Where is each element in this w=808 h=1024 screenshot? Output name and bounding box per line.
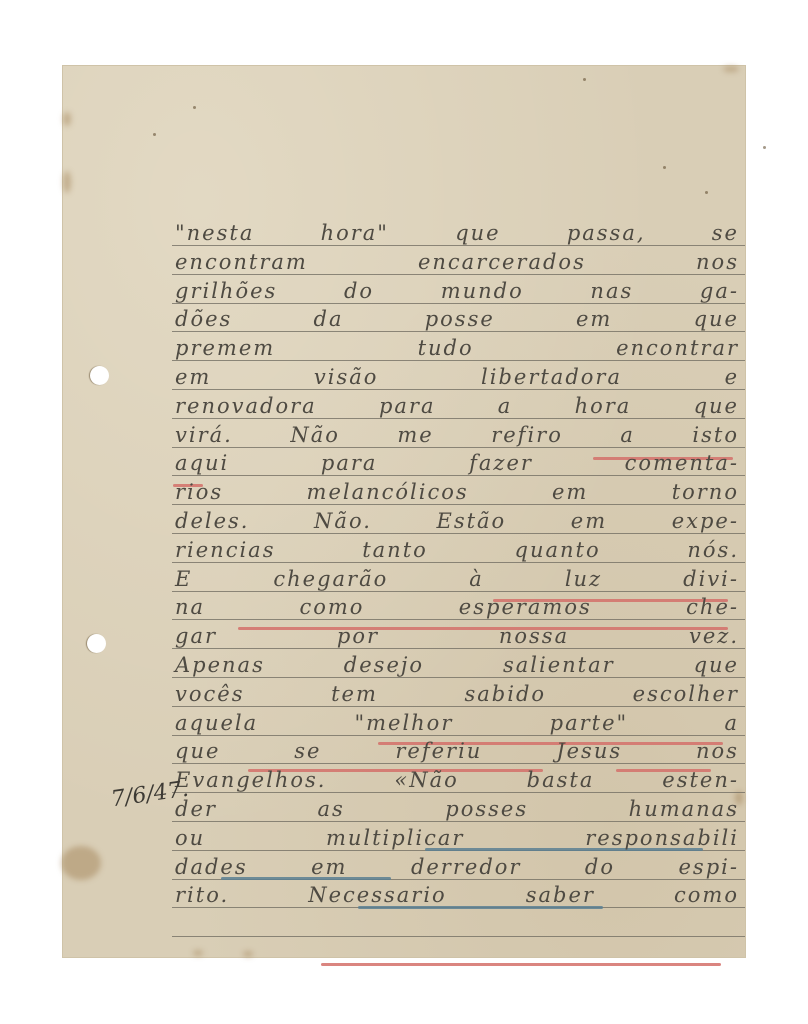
handwritten-line: dõesdaposseemque xyxy=(175,303,739,331)
handwritten-line: quesereferiuJesusnos xyxy=(175,735,739,763)
red-underline xyxy=(321,963,721,966)
handwritten-word: que xyxy=(694,394,739,418)
manuscript-page: "nestahora"quepassa,seencontramencarcera… xyxy=(63,66,745,957)
punch-hole-bottom xyxy=(87,634,106,653)
handwritten-line: vocêstemsabidoescolher xyxy=(175,678,739,706)
handwritten-word: do xyxy=(585,855,615,879)
handwritten-word: vocês xyxy=(175,682,244,706)
handwritten-word: quanto xyxy=(515,538,601,562)
handwritten-word: chegarão xyxy=(273,567,388,591)
handwritten-word: hora xyxy=(575,394,632,418)
handwritten-word: visão xyxy=(314,365,379,389)
handwritten-word: Necessario xyxy=(308,883,446,907)
handwritten-word: libertadora xyxy=(481,365,622,389)
handwritten-word: premem xyxy=(175,336,275,360)
speck xyxy=(705,191,708,194)
handwritten-word: esperamos xyxy=(459,595,592,619)
speck xyxy=(153,133,156,136)
handwritten-word: passa, xyxy=(567,221,646,245)
handwritten-word: na xyxy=(175,595,205,619)
handwritten-word: posses xyxy=(445,797,528,821)
speck xyxy=(193,106,196,109)
handwritten-word: encontrar xyxy=(616,336,739,360)
handwritten-line: deles.Não.Estãoemexpe- xyxy=(175,505,739,533)
handwritten-line: "nestahora"quepassa,se xyxy=(175,217,739,245)
handwritten-word: saber xyxy=(526,883,595,907)
handwritten-word: em xyxy=(571,509,607,533)
handwritten-word: refiro xyxy=(491,423,563,447)
handwritten-word: luz xyxy=(565,567,602,591)
stain xyxy=(61,846,101,880)
handwritten-word: nos xyxy=(696,739,739,763)
punch-hole-top xyxy=(90,366,109,385)
handwritten-line: virá.Nãomerefiroaisto xyxy=(175,419,739,447)
handwritten-line: grilhõesdomundonasga- xyxy=(175,275,739,303)
handwritten-word: referiu xyxy=(395,739,482,763)
stain xyxy=(63,171,71,193)
handwritten-word: desejo xyxy=(344,653,424,677)
handwritten-word: derredor xyxy=(411,855,522,879)
handwritten-word: Não. xyxy=(314,509,372,533)
handwritten-line: aquela"melhorparte"a xyxy=(175,707,739,735)
handwritten-word: me xyxy=(397,423,433,447)
handwritten-line: garpornossavez. xyxy=(175,620,739,648)
ruled-line xyxy=(172,936,745,937)
handwritten-word: multiplicar xyxy=(326,826,465,850)
handwritten-word: expe- xyxy=(672,509,739,533)
handwritten-word: torno xyxy=(672,480,739,504)
handwritten-word: basta xyxy=(527,768,595,792)
handwritten-word: hora" xyxy=(321,221,389,245)
handwritten-word: espi- xyxy=(679,855,739,879)
handwritten-word: aquela xyxy=(175,711,258,735)
handwritten-word: Não xyxy=(290,423,340,447)
handwritten-word: rito. xyxy=(175,883,229,907)
handwritten-word: Evangelhos. xyxy=(175,768,326,792)
speck xyxy=(663,166,666,169)
handwritten-word: nos xyxy=(696,250,739,274)
handwritten-word: escolher xyxy=(633,682,739,706)
handwritten-word: riencias xyxy=(175,538,275,562)
handwritten-word: que xyxy=(455,221,500,245)
handwritten-word: nós. xyxy=(687,538,739,562)
handwritten-line: prememtudoencontrar xyxy=(175,332,739,360)
handwritten-line: renovadoraparaahoraque xyxy=(175,390,739,418)
handwritten-word: da xyxy=(314,307,344,331)
handwritten-word: em xyxy=(576,307,612,331)
stain xyxy=(63,112,71,126)
handwritten-word: virá. xyxy=(175,423,233,447)
handwritten-word: ou xyxy=(175,826,205,850)
handwritten-word: grilhões xyxy=(175,279,277,303)
handwritten-word: renovadora xyxy=(175,394,317,418)
handwritten-word: a xyxy=(620,423,635,447)
handwritten-line: aquiparafazercomenta- xyxy=(175,447,739,475)
handwritten-word: che- xyxy=(686,595,739,619)
handwritten-word: nas xyxy=(590,279,633,303)
handwritten-word: a xyxy=(724,711,739,735)
handwritten-word: como xyxy=(299,595,364,619)
handwritten-word: em xyxy=(552,480,588,504)
handwritten-word: tudo xyxy=(418,336,474,360)
handwritten-line: emvisãolibertadorae xyxy=(175,361,739,389)
handwritten-line: Evangelhos.«Nãobastaesten- xyxy=(175,764,739,792)
stain xyxy=(243,951,253,957)
handwritten-word: em xyxy=(311,855,347,879)
handwritten-word: nossa xyxy=(499,624,569,648)
handwritten-word: humanas xyxy=(629,797,739,821)
handwritten-word: do xyxy=(344,279,374,303)
handwritten-line: Echegarãoàluzdivi- xyxy=(175,563,739,591)
handwritten-word: vez. xyxy=(689,624,739,648)
speck xyxy=(763,146,766,149)
handwritten-word: Jesus xyxy=(556,739,622,763)
handwritten-word: fazer xyxy=(469,451,533,475)
handwritten-word: para xyxy=(379,394,436,418)
handwritten-word: aqui xyxy=(175,451,229,475)
handwritten-word: melancólicos xyxy=(307,480,469,504)
handwritten-line: riosmelancólicosemtorno xyxy=(175,476,739,504)
handwritten-word: Estão xyxy=(436,509,506,533)
handwritten-word: se xyxy=(712,221,739,245)
handwritten-line: nacomoesperamosche- xyxy=(175,591,739,619)
handwritten-word: que xyxy=(694,307,739,331)
handwritten-word: sabido xyxy=(464,682,546,706)
speck xyxy=(583,78,586,81)
handwritten-word: comenta- xyxy=(625,451,739,475)
handwritten-word: esten- xyxy=(662,768,739,792)
handwritten-word: encontram xyxy=(175,250,308,274)
handwritten-word: que xyxy=(175,739,220,763)
handwritten-word: para xyxy=(321,451,378,475)
handwritten-word: parte" xyxy=(550,711,629,735)
handwritten-word: e xyxy=(725,365,739,389)
handwritten-word: salientar xyxy=(503,653,615,677)
handwritten-line: encontramencarceradosnos xyxy=(175,246,739,274)
handwritten-word: à xyxy=(469,567,484,591)
handwritten-word: isto xyxy=(692,423,739,447)
handwritten-word: gar xyxy=(175,624,217,648)
handwritten-word: divi- xyxy=(683,567,739,591)
handwritten-word: "nesta xyxy=(175,221,254,245)
handwritten-word: se xyxy=(294,739,321,763)
handwritten-word: "melhor xyxy=(354,711,453,735)
handwritten-word: rios xyxy=(175,480,223,504)
handwritten-line: Apenasdesejosalientarque xyxy=(175,649,739,677)
handwritten-word: a xyxy=(498,394,513,418)
handwritten-word: como xyxy=(674,883,739,907)
handwritten-line: dadesemderredordoespi- xyxy=(175,851,739,879)
handwritten-word: em xyxy=(175,365,211,389)
handwritten-word: dades xyxy=(175,855,248,879)
handwritten-word: «Não xyxy=(394,768,458,792)
handwritten-line: rienciastantoquantonós. xyxy=(175,534,739,562)
handwritten-word: encarcerados xyxy=(418,250,586,274)
handwritten-word: responsabili xyxy=(585,826,739,850)
handwritten-word: mundo xyxy=(441,279,524,303)
handwritten-word: que xyxy=(694,653,739,677)
stain xyxy=(193,950,203,956)
handwritten-line: oumultiplicarresponsabili xyxy=(175,822,739,850)
handwritten-word: ga- xyxy=(700,279,739,303)
handwritten-word: deles. xyxy=(175,509,249,533)
handwritten-word: tem xyxy=(331,682,378,706)
handwritten-word: Apenas xyxy=(175,653,265,677)
handwritten-word: posse xyxy=(425,307,495,331)
handwritten-word: tanto xyxy=(362,538,428,562)
handwritten-word: E xyxy=(175,567,192,591)
handwritten-line: rito.Necessariosabercomo xyxy=(175,879,739,907)
handwritten-word: por xyxy=(337,624,379,648)
handwritten-line: derasposseshumanas xyxy=(175,793,739,821)
handwritten-word: dões xyxy=(175,307,232,331)
stain xyxy=(723,66,739,72)
handwritten-word: as xyxy=(317,797,344,821)
